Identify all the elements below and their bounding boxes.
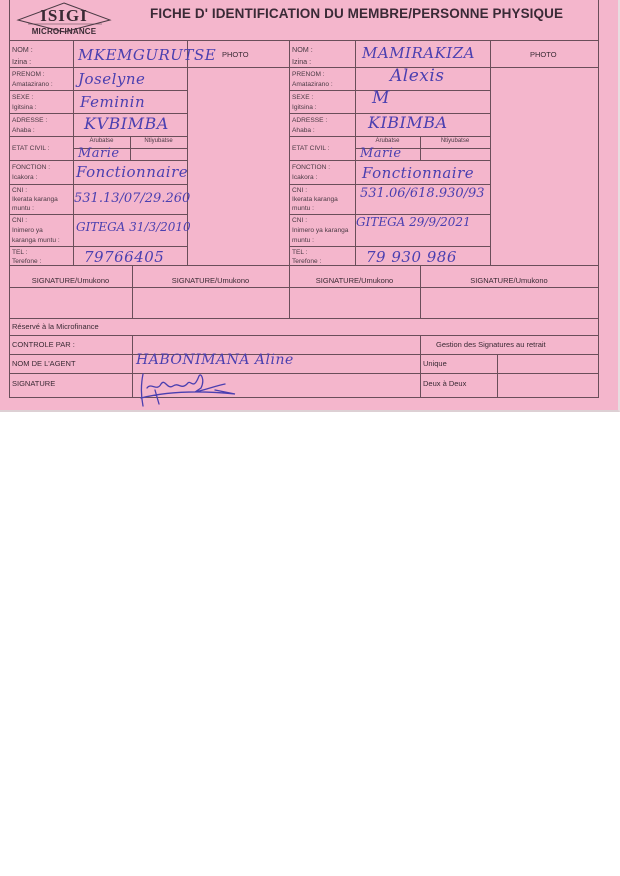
unique-label: Unique bbox=[423, 359, 447, 368]
label-ikerata: Ikerata karanga bbox=[12, 195, 58, 204]
form-title: FICHE D' IDENTIFICATION DU MEMBRE/PERSON… bbox=[150, 6, 563, 21]
member2-fonction: Fonctionnaire bbox=[362, 164, 474, 182]
label-amatazirano: Amatazirano : bbox=[12, 80, 53, 89]
signature-heading-2: SIGNATURE/Umukono bbox=[132, 276, 289, 285]
controle-par-label: CONTROLE PAR : bbox=[12, 340, 75, 349]
label-inimero-right: Inimero ya karanga bbox=[292, 226, 348, 235]
agent-name-label: NOM DE L'AGENT bbox=[12, 359, 76, 368]
signature-heading-3: SIGNATURE/Umukono bbox=[289, 276, 420, 285]
label-icakora-right: Icakora : bbox=[292, 173, 317, 182]
label-icakora: Icakora : bbox=[12, 173, 37, 182]
member1-cni-issue: GITEGA 31/3/2010 bbox=[76, 220, 191, 234]
label-izina-right: Izina : bbox=[292, 56, 311, 67]
label-ntiyubatse-right: Ntiyubatse bbox=[420, 138, 490, 144]
label-cni-2-right: CNI : bbox=[292, 216, 307, 225]
label-ntiyubatse: Ntiyubatse bbox=[130, 138, 187, 144]
label-prenom: PRENOM : bbox=[12, 70, 45, 79]
label-cni-1-right: CNI : bbox=[292, 186, 307, 195]
identification-form-card: ISIGI MICROFINANCE FICHE D' IDENTIFICATI… bbox=[0, 0, 620, 412]
member1-etat-civil: Marie bbox=[78, 146, 120, 161]
member2-prenom: Alexis bbox=[390, 66, 445, 86]
agent-signature-icon bbox=[135, 370, 245, 410]
member1-nom: MKEMGURUTSE bbox=[78, 46, 216, 64]
label-nom: NOM : bbox=[12, 44, 33, 55]
member1-prenom: Joselyne bbox=[78, 70, 145, 88]
member2-adresse: KIBIMBA bbox=[368, 113, 448, 132]
member2-etat-civil: Marie bbox=[360, 146, 402, 161]
member2-sexe: M bbox=[372, 88, 390, 108]
member1-adresse: KVBIMBA bbox=[84, 114, 169, 133]
label-cni-2: CNI : bbox=[12, 216, 27, 225]
label-tel-right: TEL : bbox=[292, 248, 308, 257]
label-sexe: SEXE : bbox=[12, 93, 33, 102]
label-tel: TEL : bbox=[12, 248, 28, 257]
label-igitsina: Igitsina : bbox=[12, 103, 37, 112]
label-amatazirano-right: Amatazirano : bbox=[292, 80, 333, 89]
signature-label: SIGNATURE bbox=[12, 379, 55, 388]
label-etat-civil-right: ETAT CIVIL : bbox=[292, 144, 330, 153]
label-muntu-right: muntu : bbox=[292, 204, 314, 213]
label-adresse: ADRESSE : bbox=[12, 116, 47, 125]
reserved-label: Réservé à la Microfinance bbox=[12, 322, 99, 331]
label-arubatse-right: Arubatse bbox=[355, 138, 420, 144]
label-terefone-right: Terefone : bbox=[292, 257, 321, 266]
member1-sexe: Feminin bbox=[80, 93, 145, 111]
label-muntu: muntu : bbox=[12, 204, 34, 213]
isigi-logo: ISIGI MICROFINANCE bbox=[10, 2, 118, 40]
label-inimero: Inimero ya bbox=[12, 226, 43, 235]
member2-cni-issue: GITEGA 29/9/2021 bbox=[356, 215, 471, 229]
label-igitsina-right: Igitsina : bbox=[292, 103, 317, 112]
label-prenom-right: PRENOM : bbox=[292, 70, 325, 79]
label-izina: Izina : bbox=[12, 56, 31, 67]
label-muntu-2-right: muntu : bbox=[292, 236, 314, 245]
photo-label-right: PHOTO bbox=[530, 50, 557, 59]
photo-label-left: PHOTO bbox=[222, 50, 249, 59]
label-cni-1: CNI : bbox=[12, 186, 27, 195]
member1-cni-number: 531.13/07/29.260 bbox=[74, 191, 190, 206]
label-fonction: FONCTION : bbox=[12, 163, 50, 172]
signature-heading-4: SIGNATURE/Umukono bbox=[420, 276, 598, 285]
label-ahaba-right: Ahaba : bbox=[292, 126, 315, 135]
logo-subtitle: MICROFINANCE bbox=[10, 27, 118, 36]
label-karanga-muntu: karanga muntu : bbox=[12, 236, 60, 245]
member2-tel: 79 930 986 bbox=[366, 248, 457, 266]
label-etat-civil: ETAT CIVIL : bbox=[12, 144, 50, 153]
member1-tel: 79766405 bbox=[84, 248, 164, 266]
logo-name: ISIGI bbox=[10, 6, 118, 26]
label-adresse-right: ADRESSE : bbox=[292, 116, 327, 125]
member2-cni-number: 531.06/618.930/93 bbox=[360, 186, 485, 201]
gestion-signatures-label: Gestion des Signatures au retrait bbox=[436, 340, 546, 349]
label-ahaba: Ahaba : bbox=[12, 126, 35, 135]
label-sexe-right: SEXE : bbox=[292, 93, 313, 102]
member1-fonction: Fonctionnaire bbox=[76, 163, 188, 181]
agent-name-value: HABONIMANA Aline bbox=[136, 352, 294, 368]
label-arubatse: Arubatse bbox=[73, 138, 130, 144]
label-ikerata-right: Ikerata karanga bbox=[292, 195, 338, 204]
label-fonction-right: FONCTION : bbox=[292, 163, 330, 172]
deux-a-deux-label: Deux à Deux bbox=[423, 379, 466, 388]
label-terefone: Terefone : bbox=[12, 257, 41, 266]
signature-heading-1: SIGNATURE/Umukono bbox=[9, 276, 132, 285]
label-nom-right: NOM : bbox=[292, 44, 313, 55]
member2-nom: MAMIRAKIZA bbox=[362, 44, 475, 62]
